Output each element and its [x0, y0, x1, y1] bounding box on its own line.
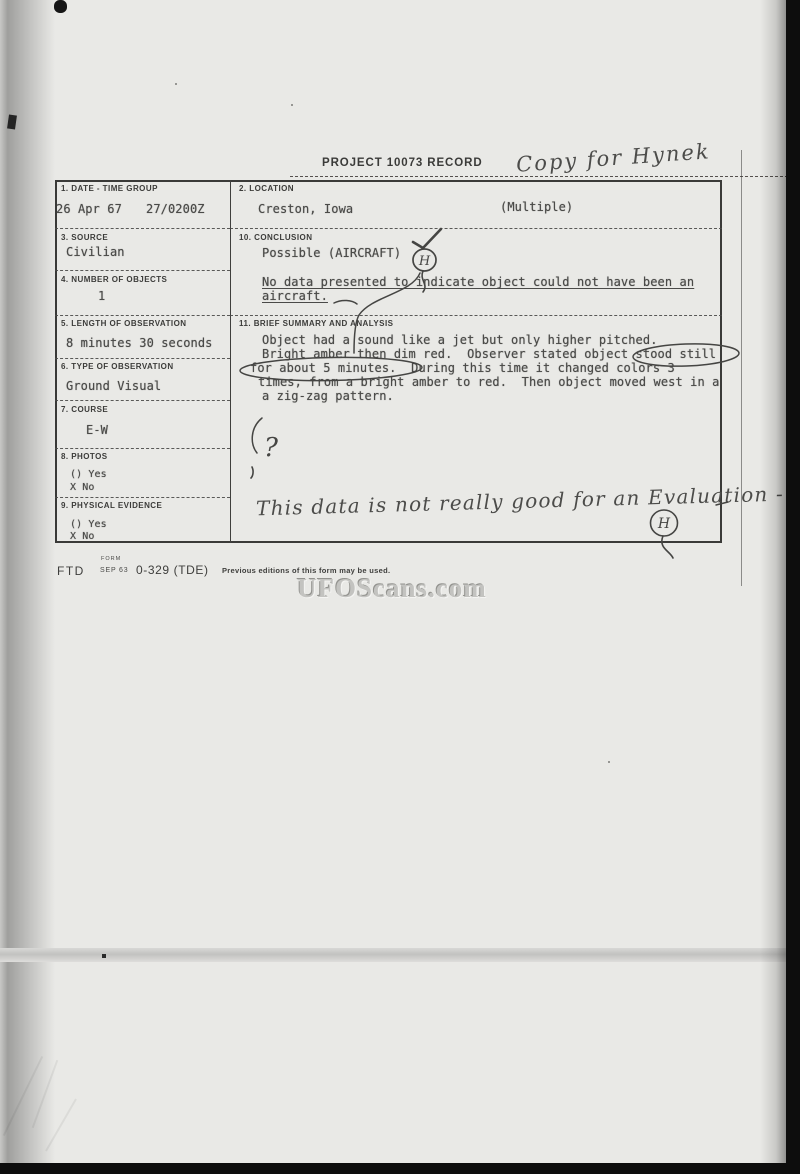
- row-divider: [55, 270, 230, 271]
- page-fold-line: [741, 150, 742, 586]
- row-divider: [230, 228, 722, 229]
- field-value-date: 26 Apr 67: [56, 203, 122, 216]
- page-title: PROJECT 10073 RECORD: [322, 157, 483, 169]
- summary-line: a zig-zag pattern.: [262, 390, 394, 403]
- footer-form-number: 0-329 (TDE): [136, 563, 209, 577]
- scan-left-edge: [0, 0, 55, 1174]
- scanned-document-page: PROJECT 10073 RECORD Copy for Hynek 1. D…: [0, 0, 800, 1174]
- paper-speck: [608, 761, 610, 763]
- field-value-time: 27/0200Z: [146, 203, 205, 216]
- field-label-source: 3. SOURCE: [61, 233, 108, 242]
- field-value-location-qualifier: (Multiple): [500, 201, 573, 214]
- summary-line: Object had a sound like a jet but only h…: [262, 334, 658, 347]
- watermark: UFOScans.com: [297, 573, 487, 604]
- scan-artifact-top: [54, 0, 67, 13]
- row-divider: [55, 228, 230, 229]
- physical-evidence-no-checkbox: X No: [70, 530, 94, 543]
- field-value-length-of-observation: 8 minutes 30 seconds: [66, 337, 213, 350]
- footer-agency: FTD: [57, 564, 85, 578]
- scan-right-border: [786, 0, 800, 1174]
- conclusion-note-line1: No data presented to indicate object cou…: [262, 276, 694, 289]
- field-label-location: 2. LOCATION: [239, 184, 294, 193]
- field-value-course: E-W: [86, 424, 108, 437]
- field-label-type-of-observation: 6. TYPE OF OBSERVATION: [61, 362, 174, 371]
- summary-line: times, from a bright amber to red. Then …: [258, 376, 719, 389]
- ink-dot: [102, 954, 106, 958]
- row-divider: [230, 315, 722, 316]
- row-divider: [55, 448, 230, 449]
- scan-bottom-border: [0, 1163, 800, 1174]
- field-label-course: 7. COURSE: [61, 405, 108, 414]
- paper-speck: [175, 83, 177, 85]
- photos-yes-checkbox: () Yes: [70, 468, 107, 481]
- field-label-brief-summary: 11. BRIEF SUMMARY AND ANALYSIS: [239, 319, 393, 328]
- scan-right-shadow: [760, 0, 787, 1174]
- field-label-number-of-objects: 4. NUMBER OF OBJECTS: [61, 275, 167, 284]
- handwritten-copy-note: Copy for Hynek: [515, 139, 711, 177]
- paper-speck: [291, 104, 293, 106]
- footer-form-date: SEP 63: [100, 567, 128, 574]
- field-label-length-of-observation: 5. LENGTH OF OBSERVATION: [61, 319, 186, 328]
- field-label-date-time-group: 1. DATE - TIME GROUP: [61, 184, 158, 193]
- field-value-number-of-objects: 1: [98, 290, 105, 303]
- column-divider: [230, 180, 231, 543]
- field-label-photos: 8. PHOTOS: [61, 452, 108, 461]
- field-value-source: Civilian: [66, 246, 125, 259]
- row-divider: [55, 497, 230, 498]
- row-divider: [55, 400, 230, 401]
- footer-form-word: FORM: [101, 556, 121, 562]
- summary-line: for about 5 minutes. During this time it…: [250, 362, 675, 375]
- photos-no-checkbox: X No: [70, 481, 94, 494]
- field-value-location: Creston, Iowa: [258, 203, 353, 216]
- row-divider: [55, 315, 230, 316]
- field-label-conclusion: 10. CONCLUSION: [239, 233, 312, 242]
- title-underline: [290, 176, 788, 177]
- field-label-physical-evidence: 9. PHYSICAL EVIDENCE: [61, 501, 162, 510]
- field-value-type-of-observation: Ground Visual: [66, 380, 161, 393]
- page-edge-band: [0, 948, 787, 962]
- conclusion-note-line2: aircraft.: [262, 290, 328, 303]
- summary-line: Bright amber then dim red. Observer stat…: [262, 348, 716, 361]
- field-value-conclusion: Possible (AIRCRAFT): [262, 247, 401, 260]
- row-divider: [55, 358, 230, 359]
